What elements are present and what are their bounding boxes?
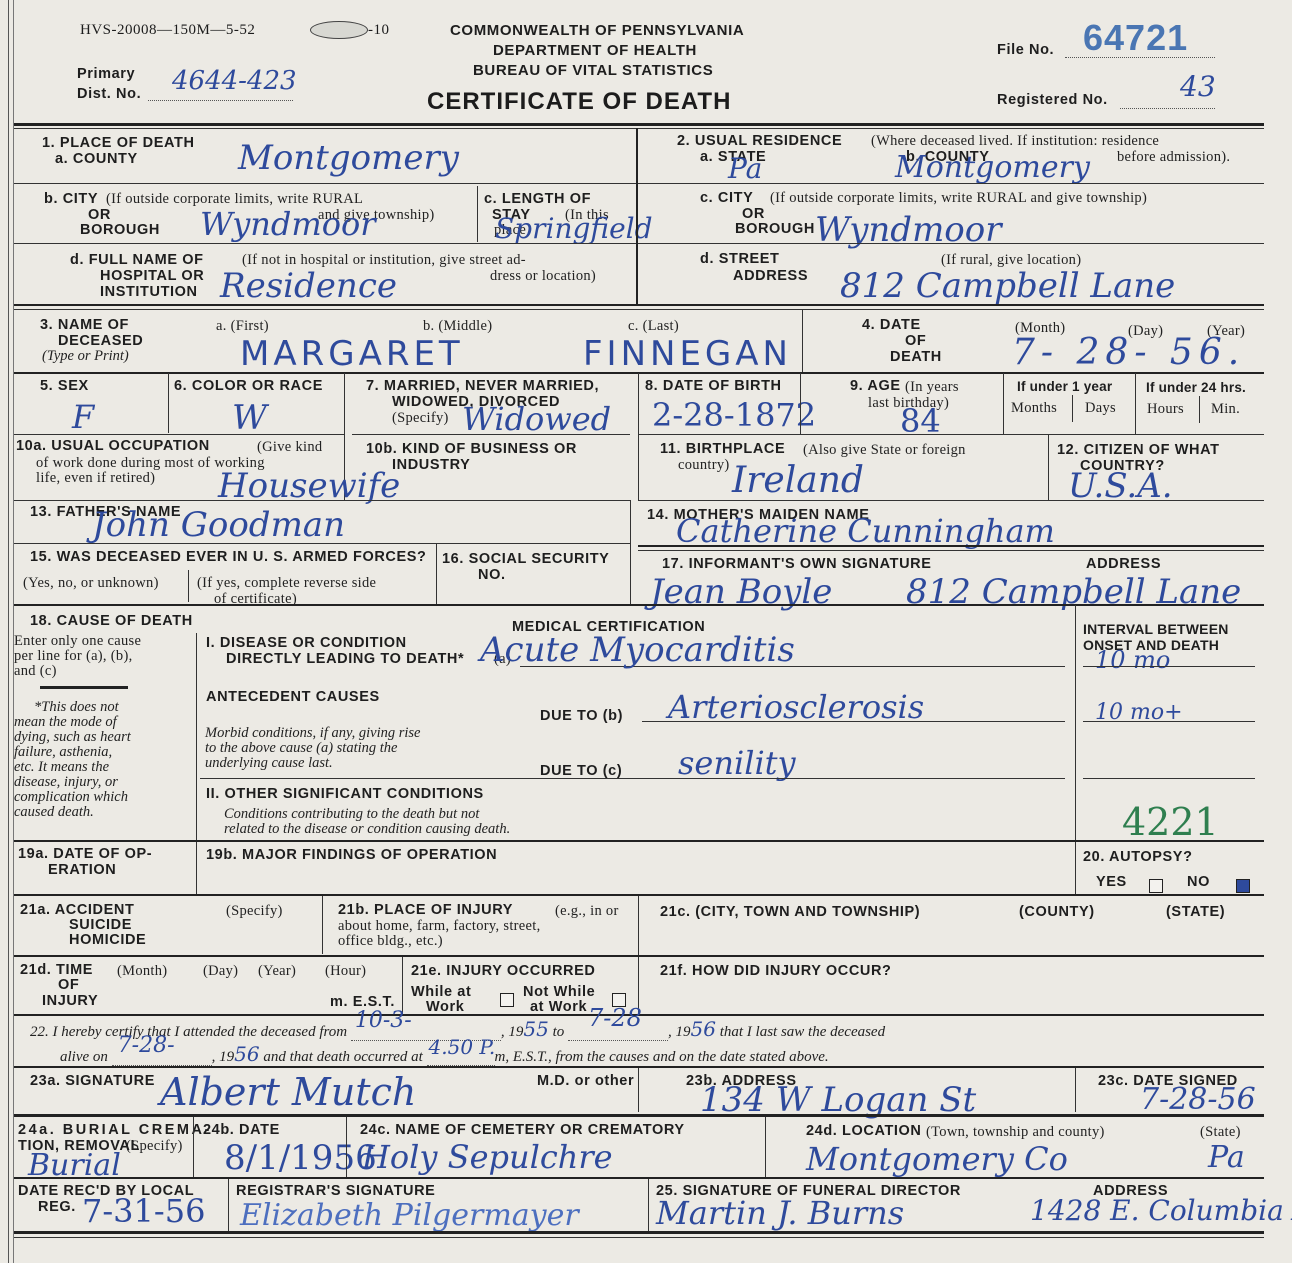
middle-name-label: b. (Middle) — [423, 318, 492, 334]
rule — [14, 500, 630, 501]
while-at-work-label: While at — [411, 984, 471, 1000]
ssn-label: 16. SOCIAL SECURITY — [442, 551, 609, 567]
ur-city-value: Wyndmoor — [815, 210, 1002, 250]
father-value: John Goodman — [92, 505, 345, 545]
dod-of-label: OF — [905, 333, 926, 349]
cause-c-value: senility — [678, 744, 796, 782]
footnote-line: complication which — [14, 790, 190, 805]
hospital-label-2: HOSPITAL OR — [100, 268, 204, 284]
divider — [402, 957, 403, 1014]
burial-state-label: (State) — [1200, 1124, 1241, 1140]
burial-type-label: 24a. BURIAL CREMA- — [18, 1122, 212, 1138]
union-label-icon — [310, 21, 368, 39]
race-label: 6. COLOR OR RACE — [174, 378, 323, 394]
occupation-hint: (Give kind — [257, 439, 322, 455]
occupation-label: 10a. USUAL OCCUPATION — [16, 438, 210, 454]
ur-borough-label: BOROUGH — [735, 221, 815, 237]
cert-to-value: 7-28 — [588, 1011, 642, 1026]
age-label: 9. AGE — [850, 378, 901, 394]
last-name-label: c. (Last) — [628, 318, 679, 334]
burial-specify-label: (Specify) — [126, 1138, 183, 1154]
file-no-value: 64721 — [1083, 17, 1188, 59]
race-value: W — [232, 398, 267, 438]
rule — [14, 372, 1264, 374]
cert-to-field: 7-28 — [568, 1025, 668, 1041]
rule — [40, 686, 128, 689]
divider — [638, 1068, 639, 1112]
divider — [196, 633, 197, 840]
interval-a-line — [1083, 666, 1255, 667]
min-label: Min. — [1211, 401, 1240, 417]
morbid-line: to the above cause (a) stating the — [205, 741, 545, 756]
sex-value: F — [72, 398, 94, 436]
rule — [638, 500, 1264, 501]
cert-from-year: 55 — [523, 1017, 548, 1041]
divider — [322, 896, 323, 954]
cert-text: , 19 — [501, 1024, 524, 1040]
injury-time-label: 21d. TIME — [20, 962, 93, 978]
cause-instructions: Enter only one cause per line for (a), (… — [14, 634, 192, 679]
divider — [636, 128, 638, 304]
divider — [1075, 605, 1076, 840]
injury-place-hint: (e.g., in or — [555, 903, 619, 919]
work-label: Work — [426, 999, 464, 1015]
under-1yr-label: If under 1 year — [1017, 379, 1112, 395]
while-at-work-checkbox[interactable] — [500, 993, 514, 1007]
injury-place-hint-2: about home, farm, factory, street, — [338, 918, 541, 934]
marital-value: Widowed — [462, 400, 611, 438]
divider — [1072, 395, 1073, 422]
injury-location-label: 21c. (CITY, TOWN AND TOWNSHIP) — [660, 904, 920, 920]
pod-or-label: OR — [88, 207, 111, 223]
divider — [638, 435, 639, 501]
antecedent-label: ANTECEDENT CAUSES — [206, 689, 380, 705]
instruction-line: per line for (a), (b), — [14, 649, 192, 664]
cause-footnote: *This does not mean the mode of dying, s… — [14, 700, 190, 820]
other-conditions-label: II. OTHER SIGNIFICANT CONDITIONS — [206, 786, 484, 802]
interval-b-line — [1083, 721, 1255, 722]
rule — [14, 123, 1264, 126]
rule — [14, 955, 1264, 957]
place-of-death-label: 1. PLACE OF DEATH — [42, 135, 195, 151]
injury-county-label: (COUNTY) — [1019, 904, 1095, 920]
divider — [477, 186, 478, 242]
footnote-line: *This does not — [14, 700, 190, 715]
rule — [638, 545, 1264, 547]
autopsy-yes-label: YES — [1096, 874, 1127, 890]
registered-no-label: Registered No. — [997, 92, 1108, 108]
usual-residence-label: 2. USUAL RESIDENCE — [677, 133, 842, 149]
injury-place-label: 21b. PLACE OF INJURY — [338, 902, 513, 918]
other-text-line: Conditions contributing to the death but… — [224, 807, 479, 822]
ur-city-label: c. CITY — [700, 190, 753, 206]
informant-label: 17. INFORMANT'S OWN SIGNATURE — [662, 556, 932, 572]
rule — [14, 1177, 1264, 1179]
hospital-value: Residence — [220, 266, 397, 306]
interval-label: INTERVAL BETWEEN — [1083, 621, 1229, 637]
footnote-line: caused death. — [14, 805, 190, 820]
divider — [765, 1117, 766, 1177]
days-label: Days — [1085, 400, 1116, 416]
union-suffix: -10 — [368, 22, 390, 39]
not-while-label: Not While — [523, 984, 595, 1000]
date-received-value: 7-31-56 — [82, 1192, 205, 1230]
informant-address-value: 812 Campbell Lane — [906, 572, 1241, 612]
agency-line-3: BUREAU OF VITAL STATISTICS — [473, 63, 713, 79]
ur-state-value: Pa — [728, 152, 762, 185]
cert-text: and that death occurred at — [263, 1049, 422, 1065]
pod-borough-label: BOROUGH — [80, 222, 160, 238]
cert-from-value: 10-3- — [355, 1013, 412, 1028]
divider — [1075, 1068, 1076, 1112]
armed-forces-label: 15. WAS DECEASED EVER IN U. S. ARMED FOR… — [30, 549, 426, 565]
cert-text: that I last saw the deceased — [720, 1024, 885, 1040]
death-certificate: HVS-20008—150M—5-52 -10 Primary Dist. No… — [0, 0, 1292, 1263]
registered-no-value: 43 — [1180, 70, 1216, 103]
signature-label: 23a. SIGNATURE — [30, 1073, 155, 1089]
cert-time-field: 4.50 P. — [427, 1050, 495, 1066]
other-text-line: related to the disease or condition caus… — [224, 822, 510, 837]
cause-code-value: 4221 — [1122, 800, 1219, 844]
divider — [1048, 435, 1049, 501]
ur-street-value: 812 Campbell Lane — [840, 266, 1175, 306]
operation-date-label: 19a. DATE OF OP- — [18, 846, 152, 862]
rule — [14, 894, 1264, 896]
hospital-hint-2: dress or location) — [490, 268, 596, 284]
autopsy-no-label: NO — [1187, 874, 1210, 890]
armed-forces-hint-2: (If yes, complete reverse side — [197, 575, 376, 591]
dist-no-line — [148, 99, 293, 101]
sex-label: 5. SEX — [40, 378, 89, 394]
divider — [1075, 842, 1076, 894]
injury-state-label: (STATE) — [1166, 904, 1225, 920]
hospital-label-3: INSTITUTION — [100, 284, 198, 300]
injury-year-label: (Year) — [258, 963, 296, 979]
interval-c-line — [1083, 778, 1255, 779]
registrar-signature-value: Elizabeth Pilgermayer — [240, 1198, 579, 1233]
interval-a-value: 10 mo — [1095, 646, 1170, 674]
injury-of-label: OF — [58, 977, 79, 993]
disease-label: I. DISEASE OR CONDITION — [206, 635, 407, 651]
rule — [200, 778, 1065, 779]
divider — [1135, 373, 1136, 435]
divider — [1003, 373, 1004, 435]
age-hint: (In years — [905, 379, 959, 395]
pod-county-value: Montgomery — [238, 138, 459, 178]
burial-location-value: Montgomery Co — [806, 1140, 1068, 1178]
ur-county-value: Montgomery — [895, 150, 1090, 185]
dob-value: 2-28-1872 — [652, 396, 816, 434]
homicide-label: HOMICIDE — [69, 932, 146, 948]
document-title: CERTIFICATE OF DEATH — [427, 88, 731, 116]
birthplace-hint: (Also give State or foreign — [803, 442, 966, 458]
file-no-label: File No. — [997, 42, 1054, 58]
agency-line-1: COMMONWEALTH OF PENNSYLVANIA — [450, 23, 744, 39]
cert-alive-year: 56 — [234, 1042, 259, 1066]
occupation-hint-3: life, even if retired) — [36, 470, 155, 486]
divider — [436, 544, 437, 604]
due-to-b-label: DUE TO (b) — [540, 708, 623, 724]
pod-city-value: Wyndmoor — [200, 205, 376, 243]
injury-label: INJURY — [42, 993, 98, 1009]
instruction-line: and (c) — [14, 664, 192, 679]
footnote-line: dying, such as heart — [14, 730, 190, 745]
first-name-value: MARGARET — [240, 334, 464, 374]
citizen-label: 12. CITIZEN OF WHAT — [1057, 442, 1220, 458]
hours-label: Hours — [1147, 401, 1184, 417]
morbid-line: Morbid conditions, if any, giving rise — [205, 726, 545, 741]
how-injury-label: 21f. HOW DID INJURY OCCUR? — [660, 963, 892, 979]
stay-label: c. LENGTH OF — [484, 191, 591, 207]
certification-line-2: alive on 7-28- , 1956 and that death occ… — [60, 1047, 829, 1066]
divider — [196, 842, 197, 894]
divider — [802, 310, 803, 372]
primary-dist-value: 4644-423 — [172, 66, 297, 96]
rule — [14, 1066, 1264, 1068]
cert-to-year: 56 — [691, 1017, 716, 1041]
divider — [228, 1179, 229, 1231]
first-name-label: a. (First) — [216, 318, 269, 334]
last-name-value: FINNEGAN — [583, 334, 792, 374]
dist-no-label: Dist. No. — [77, 86, 141, 102]
months-label: Months — [1011, 400, 1057, 416]
dod-death-label: DEATH — [890, 349, 942, 365]
physician-signature-value: Albert Mutch — [160, 1070, 416, 1114]
cemetery-value: Holy Sepulchre — [362, 1138, 613, 1176]
pod-county-label: a. COUNTY — [55, 151, 138, 167]
rule — [638, 434, 1264, 435]
cert-text: , 19 — [212, 1049, 235, 1065]
informant-address-label: ADDRESS — [1086, 556, 1161, 572]
armed-forces-hint: (Yes, no, or unknown) — [23, 575, 159, 591]
cert-alive-value: 7-28- — [118, 1038, 175, 1053]
operation-date-label-2: ERATION — [48, 862, 116, 878]
burial-location-hint: (Town, township and county) — [926, 1124, 1105, 1140]
birthplace-label: 11. BIRTHPLACE — [660, 441, 785, 457]
suicide-label: SUICIDE — [69, 917, 132, 933]
rule — [638, 243, 1264, 244]
registrar-signature-label: REGISTRAR'S SIGNATURE — [236, 1183, 435, 1199]
instruction-line: Enter only one cause — [14, 634, 192, 649]
burial-location-label: 24d. LOCATION — [806, 1123, 921, 1139]
birthplace-hint-2: country) — [678, 457, 730, 473]
cause-b-value: Arteriosclerosis — [668, 688, 924, 726]
injury-hour-label: (Hour) — [325, 963, 366, 979]
type-or-print-label: (Type or Print) — [42, 349, 129, 364]
name-label: 3. NAME OF — [40, 317, 129, 333]
business-label: 10b. KIND OF BUSINESS OR — [366, 441, 577, 457]
cert-text: to — [553, 1024, 565, 1040]
pod-city-label: b. CITY — [44, 191, 98, 207]
footnote-line: mean the mode of — [14, 715, 190, 730]
registered-no-line — [1120, 107, 1215, 109]
rule — [638, 183, 1264, 184]
specify-label: (Specify) — [226, 903, 283, 919]
primary-dist-label: Primary — [77, 66, 135, 82]
morbid-text: Morbid conditions, if any, giving rise t… — [205, 726, 545, 771]
injury-month-label: (Month) — [117, 963, 167, 979]
ur-or-label: OR — [742, 206, 765, 222]
rule — [14, 1231, 1264, 1234]
industry-label: INDUSTRY — [392, 457, 470, 473]
cert-text: 22. I hereby certify that I attended the… — [30, 1024, 347, 1040]
rule — [14, 128, 1264, 129]
usual-residence-hint-2: before admission). — [1117, 149, 1230, 165]
burial-date-label: 24b. DATE — [203, 1122, 280, 1138]
deceased-label: DECEASED — [58, 333, 143, 349]
rule — [14, 309, 1264, 310]
divider — [648, 1179, 649, 1231]
left-border-line — [13, 0, 14, 1263]
footnote-line: failure, asthenia, — [14, 745, 190, 760]
due-to-c-label: DUE TO (c) — [540, 763, 622, 779]
rule — [14, 1237, 1264, 1238]
cert-alive-field: 7-28- — [112, 1050, 212, 1066]
reg-label: REG. — [38, 1199, 76, 1215]
form-code: HVS-20008—150M—5-52 — [80, 22, 255, 39]
rule — [14, 304, 1264, 306]
rule — [14, 183, 636, 184]
divider — [1199, 396, 1200, 423]
cemetery-label: 24c. NAME OF CEMETERY OR CREMATORY — [360, 1122, 685, 1138]
divider — [193, 1117, 194, 1177]
cert-text: alive on — [60, 1049, 108, 1065]
funeral-director-address-value: 1428 E. Columbia Av — [1030, 1194, 1292, 1227]
rule — [14, 604, 1264, 606]
disease-label-2: DIRECTLY LEADING TO DEATH* — [226, 651, 464, 667]
injury-place-hint-3: office bldg., etc.) — [338, 933, 443, 949]
dod-label: 4. DATE — [862, 317, 921, 333]
left-border-line — [8, 0, 9, 1263]
rule — [270, 434, 345, 435]
rule — [14, 1114, 1264, 1117]
birthplace-value: Ireland — [732, 460, 864, 501]
divider — [638, 373, 639, 435]
dod-value: 7- 28- 56. — [1012, 332, 1245, 373]
cause-a-value: Acute Myocarditis — [480, 630, 795, 670]
injury-occurred-label: 21e. INJURY OCCURRED — [411, 963, 595, 979]
footnote-line: etc. It means the — [14, 760, 190, 775]
ssn-no-label: NO. — [478, 567, 506, 583]
rule — [352, 434, 630, 435]
cert-text: , 19 — [668, 1024, 691, 1040]
cert-text: m, E.S.T., from the causes and on the da… — [495, 1049, 829, 1065]
divider — [346, 1117, 347, 1177]
agency-line-2: DEPARTMENT OF HEALTH — [493, 43, 697, 59]
hospital-label: d. FULL NAME OF — [70, 252, 204, 268]
divider — [168, 373, 169, 433]
ur-city-hint: (If outside corporate limits, write RURA… — [770, 190, 1147, 206]
ur-address-label: ADDRESS — [733, 268, 808, 284]
autopsy-no-checkbox[interactable] — [1236, 879, 1250, 893]
stay-value: Springfield — [495, 212, 653, 245]
rule — [638, 550, 1264, 551]
autopsy-yes-checkbox[interactable] — [1149, 879, 1163, 893]
rule — [14, 243, 636, 244]
rule — [14, 840, 1264, 842]
burial-date-value: 8/1/1956 — [224, 1138, 377, 1178]
marital-label: 7. MARRIED, NEVER MARRIED, — [366, 378, 599, 394]
marital-specify-label: (Specify) — [392, 410, 449, 426]
divider — [630, 500, 631, 605]
injury-day-label: (Day) — [203, 963, 238, 979]
funeral-director-value: Martin J. Burns — [656, 1194, 904, 1232]
md-or-other-label: M.D. or other — [537, 1073, 634, 1089]
dob-label: 8. DATE OF BIRTH — [645, 378, 782, 394]
footnote-line: disease, injury, or — [14, 775, 190, 790]
autopsy-label: 20. AUTOPSY? — [1083, 849, 1193, 865]
cause-of-death-label: 18. CAUSE OF DEATH — [30, 613, 193, 629]
burial-state-value: Pa — [1208, 1140, 1245, 1175]
morbid-line: underlying cause last. — [205, 756, 545, 771]
informant-value: Jean Boyle — [650, 572, 832, 612]
usual-residence-hint: (Where deceased lived. If institution: r… — [871, 133, 1159, 149]
divider — [188, 570, 189, 602]
ur-street-label: d. STREET — [700, 251, 780, 267]
rule — [14, 434, 270, 435]
injury-type-label: 21a. ACCIDENT — [20, 902, 134, 918]
rule — [14, 543, 630, 544]
date-signed-value: 7-28-56 — [1140, 1082, 1256, 1117]
divider — [800, 373, 801, 435]
under-24h-label: If under 24 hrs. — [1146, 380, 1246, 396]
at-work-label: at Work — [530, 999, 587, 1015]
findings-label: 19b. MAJOR FINDINGS OF OPERATION — [206, 847, 497, 863]
cert-time-value: 4.50 P. — [429, 1040, 496, 1055]
